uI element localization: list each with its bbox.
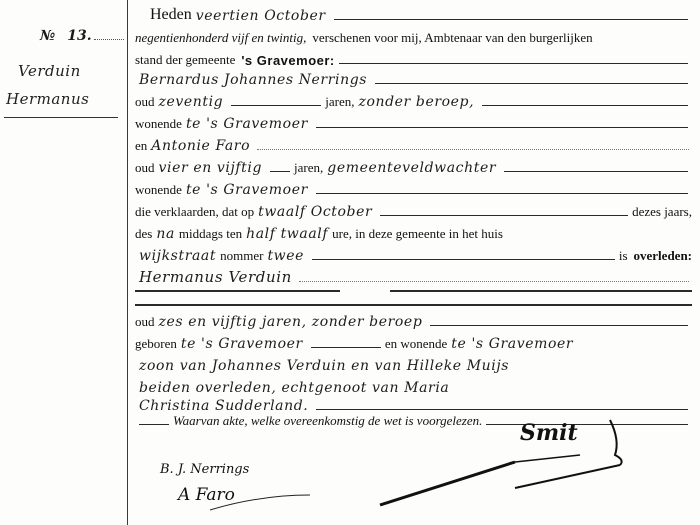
- signature-flourishes: [0, 0, 700, 525]
- death-certificate-page: №13. Verduin Hermanus Heden veertien Oct…: [0, 0, 700, 525]
